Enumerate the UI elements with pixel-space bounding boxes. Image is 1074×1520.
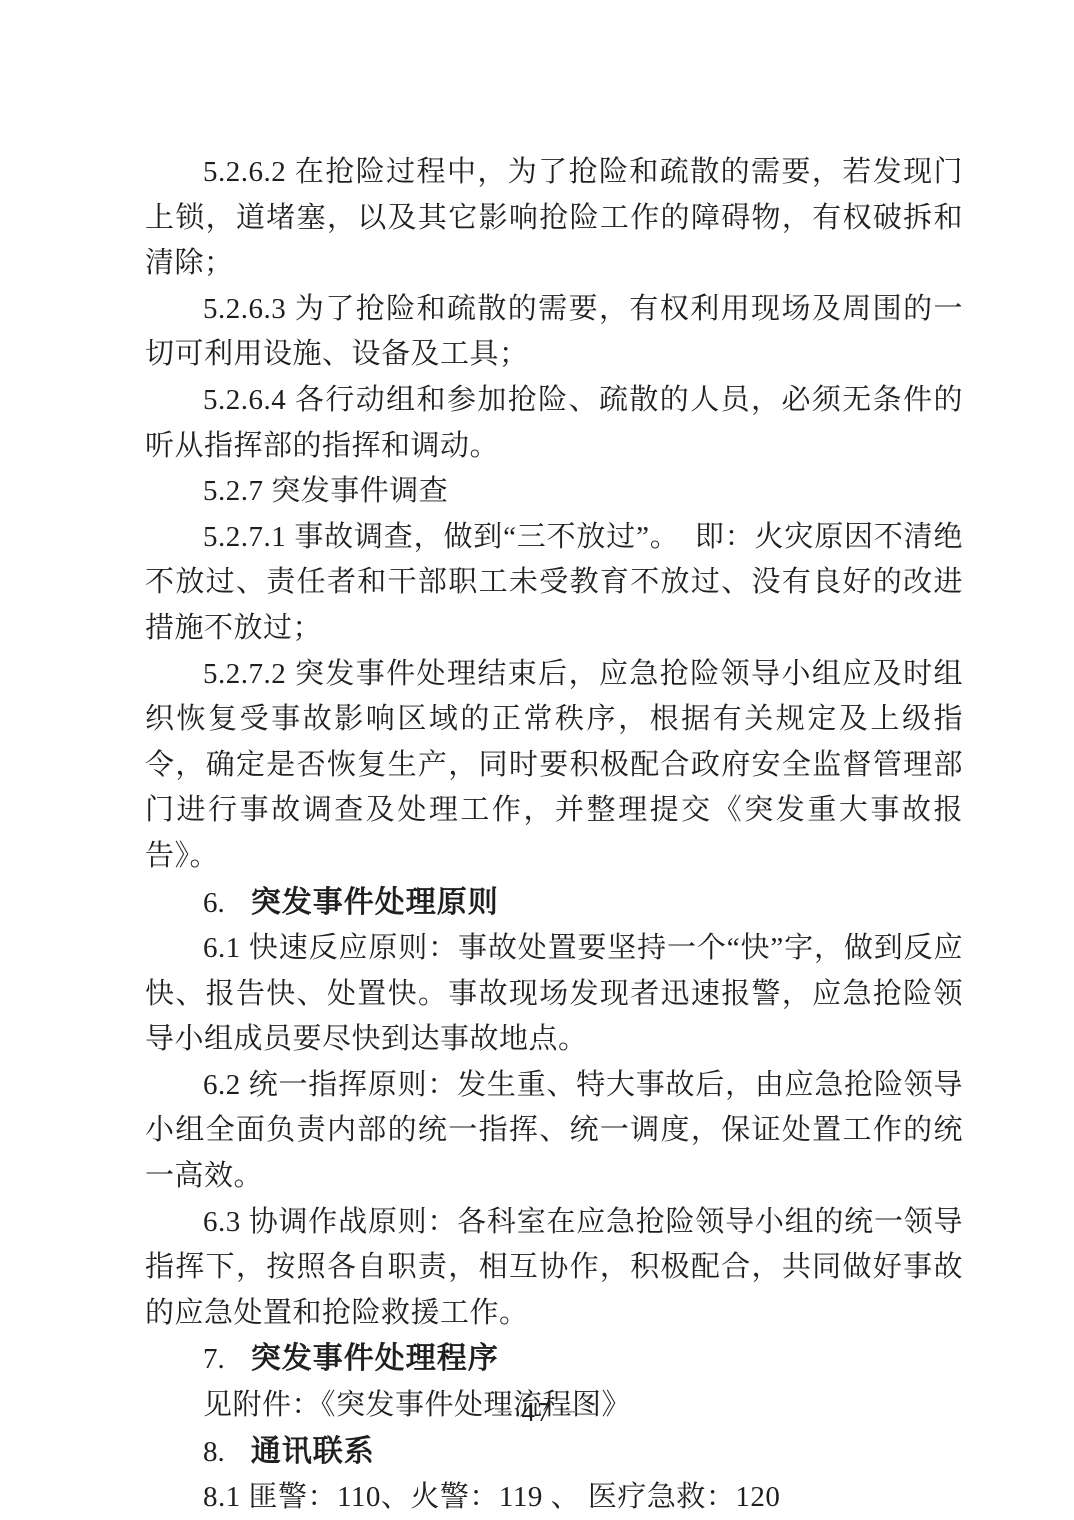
clause-5-2-7: 5.2.7 突发事件调查 <box>145 469 963 515</box>
section-heading-7: 7.突发事件处理程序 <box>145 1336 963 1383</box>
heading-label: 突发事件处理程序 <box>251 1342 499 1375</box>
section-heading-6: 6.突发事件处理原则 <box>145 880 963 927</box>
page-number: –47– <box>0 1396 1074 1428</box>
clause-5-2-7-2: 5.2.7.2 突发事件处理结束后，应急抢险领导小组应及时组织恢复受事故影响区域… <box>145 652 963 880</box>
heading-number: 6. <box>203 887 225 919</box>
clause-6-2: 6.2 统一指挥原则：发生重、特大事故后，由应急抢险领导小组全面负责内部的统一指… <box>145 1063 963 1200</box>
clause-6-3: 6.3 协调作战原则：各科室在应急抢险领导小组的统一领导指挥下，按照各自职责，相… <box>145 1200 963 1337</box>
page-number-value: 47 <box>522 1397 553 1427</box>
clause-5-2-6-4: 5.2.6.4 各行动组和参加抢险、疏散的人员，必须无条件的听从指挥部的指挥和调… <box>145 378 963 469</box>
clause-5-2-6-3: 5.2.6.3 为了抢险和疏散的需要，有权利用现场及周围的一切可利用设施、设备及… <box>145 287 963 378</box>
heading-number: 8. <box>203 1436 225 1468</box>
clause-6-1: 6.1 快速反应原则：事故处置要坚持一个“快”字，做到反应快、报告快、处置快。事… <box>145 926 963 1063</box>
page-number-dash-left: – <box>498 1394 512 1424</box>
clause-5-2-6-2: 5.2.6.2 在抢险过程中，为了抢险和疏散的需要，若发现门上锁，道堵塞，以及其… <box>145 150 963 287</box>
clause-8-1-emergency-numbers: 8.1 匪警：110、火警：119 、 医疗急救：120 <box>145 1475 963 1520</box>
clause-5-2-7-1: 5.2.7.1 事故调查，做到“三不放过”。 即：火灾原因不清绝不放过、责任者和… <box>145 515 963 652</box>
heading-label: 通讯联系 <box>251 1435 375 1468</box>
section-heading-8: 8.通讯联系 <box>145 1429 963 1476</box>
heading-label: 突发事件处理原则 <box>251 886 499 919</box>
heading-number: 7. <box>203 1343 225 1375</box>
document-page: 5.2.6.2 在抢险过程中，为了抢险和疏散的需要，若发现门上锁，道堵塞，以及其… <box>0 0 1074 1520</box>
text-block: 5.2.6.2 在抢险过程中，为了抢险和疏散的需要，若发现门上锁，道堵塞，以及其… <box>145 150 963 1520</box>
page-number-dash-right: – <box>563 1394 577 1424</box>
